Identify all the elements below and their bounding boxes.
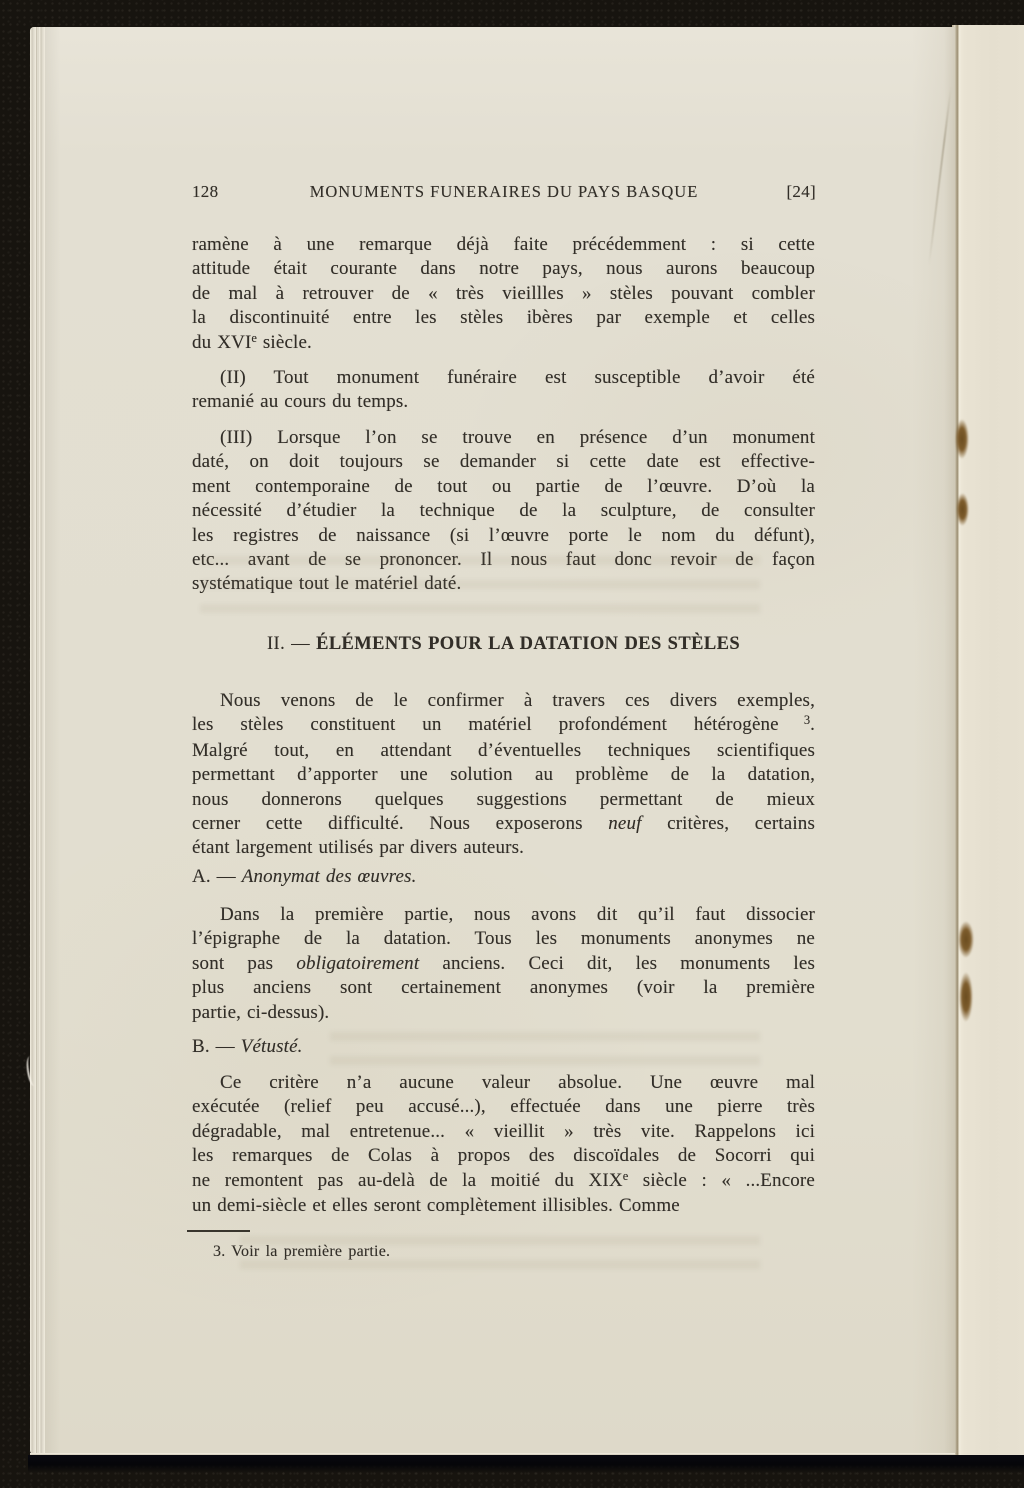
text-segment: ne remontent pas au-delà de la moitié du… [192,1170,623,1191]
paragraph-point-3: (III) Lorsque l’on se trouve en présence… [192,426,815,597]
text-segment: les remarques de Colas à propos des disc… [192,1145,815,1166]
superscript: e [251,331,257,345]
running-title: MONUMENTS FUNERAIRES DU PAYS BASQUE [310,182,699,202]
subsection-a-heading: A. — Anonymat des œuvres. [192,866,815,888]
text-segment: du XVI [192,332,251,353]
text-segment: Dans la première partie, nous avons dit … [220,904,815,925]
text-segment: sont pas [192,953,296,974]
text-line: nécessité d’étudier la technique de la s… [192,499,815,523]
text-segment: A. — [192,866,242,887]
text-segment: B. — [192,1036,241,1057]
text-segment: Nous venons de le confirmer à travers ce… [220,690,815,711]
text-segment: ramène à une remarque déjà faite précéde… [192,234,815,255]
bold-text: ÉLÉMENTS POUR LA DATATION DES STÈLES [316,634,740,654]
text-line: nous donnerons quelques suggestions perm… [192,788,815,812]
marginal-reference: [24] [698,182,816,202]
text-line: un demi-siècle et elles seront complètem… [192,1194,815,1218]
text-line: partie, ci-dessus). [192,1001,815,1025]
text-segment: exécutée (relief peu accusé...), effectu… [192,1096,815,1117]
text-segment: partie, ci-dessus). [192,1002,329,1023]
text-line: les registres de naissance (si l’œuvre p… [192,524,815,548]
paragraph-vetuste: Ce critère n’a aucune valeur absolue. Un… [192,1071,815,1218]
text-line: (II) Tout monument funéraire est suscept… [192,366,815,390]
text-line: les remarques de Colas à propos des disc… [192,1144,815,1168]
text-line: attitude était courante dans notre pays,… [192,257,815,281]
text-segment: dégradable, mal entretenue... « vieillit… [192,1121,815,1142]
italic-text: obligatoirement [296,953,419,974]
text-line: cerner cette difficulté. Nous exposerons… [192,812,815,836]
text-segment: . [810,714,815,735]
text-segment: un demi-siècle et elles seront complètem… [192,1195,680,1216]
text-line: ramène à une remarque déjà faite précéde… [192,233,815,257]
text-segment: la discontinuité entre les stèles ibères… [192,307,815,328]
text-line: systématique tout le matériel daté. [192,572,815,596]
text-line: permettant d’apporter une solution au pr… [192,763,815,787]
text-segment: critères, certains [642,813,815,834]
text-line: du XVIe siècle. [192,331,815,356]
text-line: Dans la première partie, nous avons dit … [192,903,815,927]
text-line: Malgré tout, en attendant d’éventuelles … [192,739,815,763]
text-segment: cerner cette difficulté. Nous exposerons [192,813,608,834]
paragraph-continuation: ramène à une remarque déjà faite précéde… [192,233,815,356]
text-segment: permettant d’apporter une solution au pr… [192,764,815,785]
text-segment: ment contemporaine de tout ou partie de … [192,476,815,497]
footnote-text: 3. Voir la première partie. [192,1241,816,1262]
text-segment: les registres de naissance (si l’œuvre p… [192,525,815,546]
page-number: 128 [192,182,310,202]
text-column: 128 MONUMENTS FUNERAIRES DU PAYS BASQUE … [192,27,816,1455]
paragraph-anonymat: Dans la première partie, nous avons dit … [192,903,815,1025]
paragraph-intro-criteria: Nous venons de le confirmer à travers ce… [192,689,815,861]
text-segment: siècle. [257,332,312,353]
text-line: étant largement utilisés par divers aute… [192,836,815,860]
text-segment: attitude était courante dans notre pays,… [192,258,815,279]
text-segment: Malgré tout, en attendant d’éventuelles … [192,740,815,761]
subsection-b-heading: B. — Vétusté. [192,1036,815,1058]
section-heading: II. — ÉLÉMENTS POUR LA DATATION DES STÈL… [192,634,815,655]
page-edge-stack [30,27,45,1455]
text-segment: nécessité d’étudier la technique de la s… [192,500,815,521]
text-line: remanié au cours du temps. [192,390,815,414]
superscript: e [623,1169,629,1183]
text-segment: remanié au cours du temps. [192,391,408,412]
text-segment: daté, on doit toujours se demander si ce… [192,451,815,472]
footnote-rule [187,1230,250,1232]
page-header: 128 MONUMENTS FUNERAIRES DU PAYS BASQUE … [192,182,816,202]
italic-text: Anonymat des œuvres. [242,866,417,887]
text-line: Nous venons de le confirmer à travers ce… [192,689,815,713]
text-line: sont pas obligatoirement anciens. Ceci d… [192,952,815,976]
text-segment: l’épigraphe de la datation. Tous les mon… [192,928,815,949]
text-line: les stèles constituent un matériel profo… [192,713,815,738]
page-shadow [28,1455,1024,1473]
superscript: 3 [779,713,810,727]
text-segment: étant largement utilisés par divers aute… [192,837,524,858]
binding-gutter [955,25,961,1465]
text-line: de mal à retrouver de « très vieillles »… [192,282,815,306]
text-segment: II. — [267,634,316,654]
text-segment: plus anciens sont certainement anonymes … [192,977,815,998]
text-segment: anciens. Ceci dit, les monuments les [419,953,815,974]
scan-background: { "header": { "page_number": "128", "run… [0,0,1024,1488]
italic-text: Vétusté. [241,1036,303,1057]
text-segment: systématique tout le matériel daté. [192,573,461,594]
text-line: Ce critère n’a aucune valeur absolue. Un… [192,1071,815,1095]
text-segment: les stèles constituent un matériel profo… [192,714,779,735]
text-line: l’épigraphe de la datation. Tous les mon… [192,927,815,951]
text-segment: nous donnerons quelques suggestions perm… [192,789,815,810]
text-line: plus anciens sont certainement anonymes … [192,976,815,1000]
text-segment: siècle : « ...Encore [628,1170,815,1191]
text-line: ment contemporaine de tout ou partie de … [192,475,815,499]
next-page-edge [952,25,1024,1465]
paragraph-point-2: (II) Tout monument funéraire est suscept… [192,366,815,415]
text-line: (III) Lorsque l’on se trouve en présence… [192,426,815,450]
text-segment: etc... avant de se prononcer. Il nous fa… [192,549,815,570]
text-line: exécutée (relief peu accusé...), effectu… [192,1095,815,1119]
text-line: daté, on doit toujours se demander si ce… [192,450,815,474]
italic-text: neuf [608,813,641,834]
text-segment: Ce critère n’a aucune valeur absolue. Un… [220,1072,815,1093]
text-line: etc... avant de se prononcer. Il nous fa… [192,548,815,572]
text-line: dégradable, mal entretenue... « vieillit… [192,1120,815,1144]
text-segment: (II) Tout monument funéraire est suscept… [220,367,815,388]
text-line: ne remontent pas au-delà de la moitié du… [192,1169,815,1194]
text-segment: (III) Lorsque l’on se trouve en présence… [220,427,815,448]
book-page: 128 MONUMENTS FUNERAIRES DU PAYS BASQUE … [30,27,958,1455]
text-segment: de mal à retrouver de « très vieillles »… [192,283,815,304]
text-line: la discontinuité entre les stèles ibères… [192,306,815,330]
